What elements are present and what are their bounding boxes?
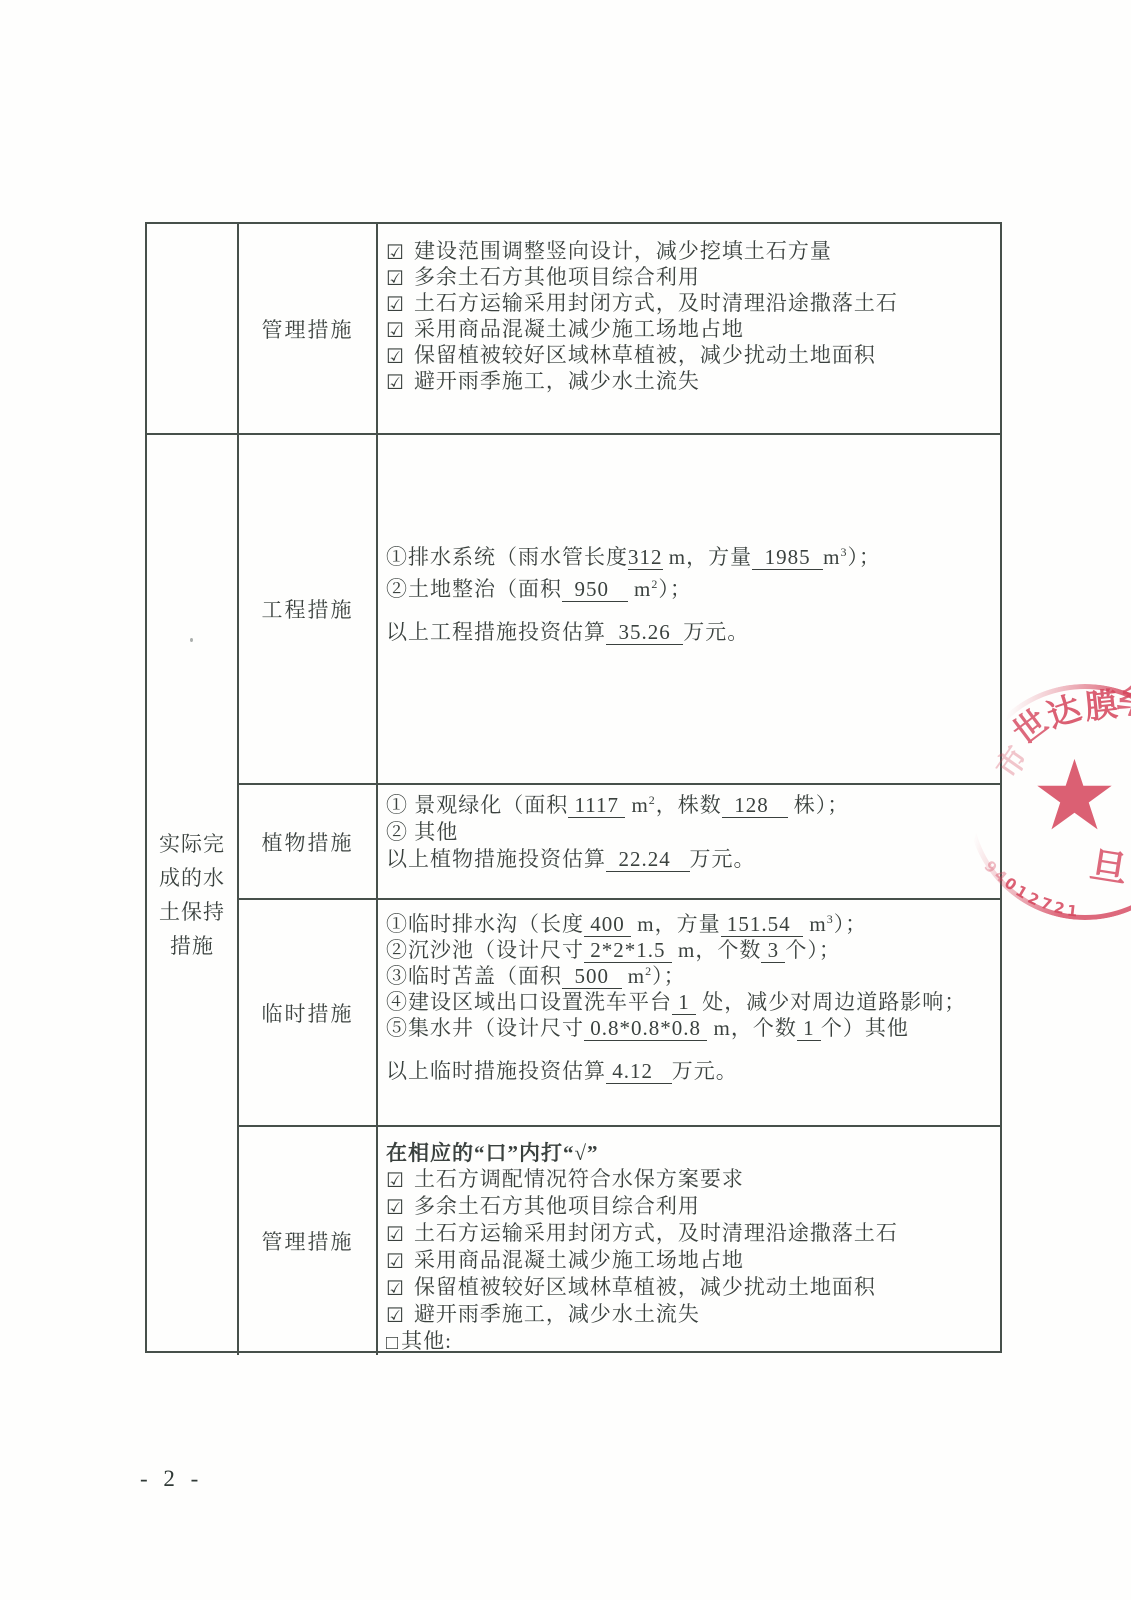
seal-digit: 1 bbox=[1013, 883, 1030, 901]
management-measures-label-bottom: 管理措施 bbox=[239, 1127, 378, 1355]
measure-text: ①排水系统（雨水管长度 bbox=[386, 545, 628, 569]
seal-arc-character: 膜 bbox=[1083, 689, 1119, 725]
measure-text: m bbox=[628, 577, 652, 601]
seal-glyph: 旦 bbox=[1087, 847, 1129, 889]
measure-line: ②土地整治（面积 950 m2）； bbox=[386, 573, 994, 605]
filled-blank-value: 500 bbox=[562, 964, 622, 989]
checklist-item-text: 建设范围调整竖向设计，减少挖填土石方量 bbox=[414, 239, 832, 263]
filled-blank-value: 35.26 bbox=[606, 620, 683, 645]
checklist-item: ☑避开雨季施工，减少水土流失 bbox=[386, 369, 994, 395]
plant-measures-content: ① 景观绿化（面积 1117 m2，株数 128 株）；② 其他以上植物措施投资… bbox=[378, 785, 1000, 900]
checked-checkbox-icon: ☑ bbox=[386, 1195, 405, 1221]
measure-line: ⑤集水井（设计尺寸 0.8*0.8*0.8 m，个数 1 个）其他 bbox=[386, 1015, 994, 1041]
page-number: - 2 - bbox=[140, 1466, 203, 1492]
measure-line: ④建设区域出口设置洗车平台 1 处，减少对周边道路影响； bbox=[386, 989, 994, 1015]
checklist-item-text: 土石方运输采用封闭方式，及时清理沿途撒落土石 bbox=[414, 291, 898, 315]
filled-blank-value: 1 bbox=[797, 1016, 821, 1041]
checklist-item: ☑土石方运输采用封闭方式，及时清理沿途撒落土石 bbox=[386, 291, 994, 317]
measure-text: m bbox=[625, 793, 649, 817]
filled-blank-value: 3 bbox=[761, 938, 785, 963]
checklist-item: ☑保留植被较好区域林草植被，减少扰动土地面积 bbox=[386, 1274, 994, 1301]
checked-checkbox-icon: ☑ bbox=[386, 1303, 405, 1329]
measure-text: m bbox=[823, 545, 840, 569]
measure-text: ②沉沙池（设计尺寸 bbox=[386, 938, 584, 962]
measure-line: ① 景观绿化（面积 1117 m2，株数 128 株）； bbox=[386, 792, 994, 819]
filled-blank-value: 1985 bbox=[752, 545, 823, 570]
measure-text: 万元。 bbox=[690, 847, 756, 871]
blank-line bbox=[386, 1041, 994, 1058]
checklist-item-text: 其他: bbox=[401, 1329, 452, 1353]
seal-star-icon: ★ bbox=[1031, 747, 1118, 844]
checked-checkbox-icon: ☑ bbox=[386, 1222, 405, 1248]
engineering-measures-label: 工程措施 bbox=[239, 435, 378, 785]
checkbox-instruction: 在相应的“口”内打“√” bbox=[386, 1140, 994, 1166]
checklist-item: ☑建设范围调整竖向设计，减少挖填土石方量 bbox=[386, 239, 994, 265]
checklist-item-text: 多余土石方其他项目综合利用 bbox=[414, 265, 700, 289]
management-measures-label-top: 管理措施 bbox=[239, 224, 378, 435]
checklist-item-text: 保留植被较好区域林草植被，减少扰动土地面积 bbox=[414, 1275, 876, 1299]
engineering-measures-content: ①排水系统（雨水管长度312 m，方量 1985 m3）；②土地整治（面积 95… bbox=[378, 435, 1000, 785]
measure-text: 以上植物措施投资估算 bbox=[386, 847, 606, 871]
unchecked-checkbox-icon: □ bbox=[386, 1330, 399, 1356]
measure-line: 以上植物措施投资估算 22.24 万元。 bbox=[386, 846, 994, 873]
section-row-header-text: 实际完成的水土保持措施 bbox=[158, 827, 226, 963]
checked-checkbox-icon: ☑ bbox=[386, 1249, 405, 1275]
checklist-item: ☑采用商品混凝土减少施工场地占地 bbox=[386, 1247, 994, 1274]
measure-line: ①临时排水沟（长度 400 m，方量 151.54 m3）； bbox=[386, 911, 994, 937]
seal-arc-character: 达 bbox=[1044, 693, 1086, 735]
checklist-item: ☑土石方调配情况符合水保方案要求 bbox=[386, 1166, 994, 1193]
management-checklist-bottom: ☑土石方调配情况符合水保方案要求☑多余土石方其他项目综合利用☑土石方运输采用封闭… bbox=[386, 1166, 994, 1355]
measure-text: ②土地整治（面积 bbox=[386, 577, 562, 601]
measure-line: 以上工程措施投资估算 35.26 万元。 bbox=[386, 616, 994, 648]
measure-text: 个）； bbox=[785, 938, 841, 962]
checked-checkbox-icon: ☑ bbox=[386, 319, 405, 344]
measure-text: ①临时排水沟（长度 bbox=[386, 912, 584, 936]
measure-text: 处，减少对周边道路影响； bbox=[696, 990, 966, 1014]
measure-text: ）； bbox=[652, 964, 686, 988]
measure-text: 个）其他 bbox=[821, 1016, 909, 1040]
seal-arc-character: 世 bbox=[1008, 705, 1054, 751]
measure-text: m，个数 bbox=[707, 1016, 797, 1040]
soil-conservation-measures-table: 管理措施 ☑建设范围调整竖向设计，减少挖填土石方量☑多余土石方其他项目综合利用☑… bbox=[145, 222, 1002, 1353]
measure-text: 以上临时措施投资估算 bbox=[386, 1059, 606, 1083]
measure-text: m bbox=[622, 964, 646, 988]
management-measures-content: 在相应的“口”内打“√” ☑土石方调配情况符合水保方案要求☑多余土石方其他项目综… bbox=[378, 1127, 1000, 1355]
temporary-measures-content: ①临时排水沟（长度 400 m，方量 151.54 m3）；②沉沙池（设计尺寸 … bbox=[378, 900, 1000, 1127]
scan-speck bbox=[190, 638, 193, 642]
filled-blank-value: 0.8*0.8*0.8 bbox=[584, 1016, 707, 1041]
management-checklist-top: ☑建设范围调整竖向设计，减少挖填土石方量☑多余土石方其他项目综合利用☑土石方运输… bbox=[378, 224, 1000, 435]
measure-text: 株）； bbox=[788, 793, 850, 817]
seal-digit: 2 bbox=[1025, 891, 1041, 909]
measure-text: ③临时苫盖（面积 bbox=[386, 964, 562, 988]
checklist-item: □其他: bbox=[386, 1328, 994, 1355]
measure-line: ②沉沙池（设计尺寸 2*2*1.5 m，个数 3 个）； bbox=[386, 937, 994, 963]
measure-text: ① 景观绿化（面积 bbox=[386, 793, 568, 817]
filled-blank-value: 312 bbox=[628, 545, 663, 570]
empty-cell bbox=[147, 224, 239, 435]
measure-text: 以上工程措施投资估算 bbox=[386, 620, 606, 644]
checklist-item-text: 采用商品混凝土减少施工场地占地 bbox=[414, 317, 744, 341]
measure-text: ）； bbox=[834, 912, 868, 936]
seal-digit: 2 bbox=[1053, 900, 1066, 917]
filled-blank-value: 400 bbox=[584, 912, 631, 937]
checked-checkbox-icon: ☑ bbox=[386, 267, 405, 292]
filled-blank-value: 1117 bbox=[568, 793, 625, 818]
checked-checkbox-icon: ☑ bbox=[386, 293, 405, 318]
blank-line bbox=[386, 605, 994, 616]
checklist-item-text: 土石方调配情况符合水保方案要求 bbox=[414, 1167, 744, 1191]
checked-checkbox-icon: ☑ bbox=[386, 241, 405, 266]
measure-text: 万元。 bbox=[683, 620, 749, 644]
plant-measures-label: 植物措施 bbox=[239, 785, 378, 900]
scanned-document-page: 管理措施 ☑建设范围调整竖向设计，减少挖填土石方量☑多余土石方其他项目综合利用☑… bbox=[0, 0, 1131, 1600]
filled-blank-value: 22.24 bbox=[606, 847, 690, 872]
checklist-item: ☑土石方运输采用封闭方式，及时清理沿途撒落土石 bbox=[386, 1220, 994, 1247]
seal-arc-character: 结 bbox=[1113, 683, 1131, 726]
filled-blank-value: 2*2*1.5 bbox=[584, 938, 672, 963]
measure-text: ，株数 bbox=[656, 793, 722, 817]
filled-blank-value: 950 bbox=[562, 577, 628, 602]
filled-blank-value: 151.54 bbox=[721, 912, 804, 937]
measure-text: m bbox=[803, 912, 827, 936]
filled-blank-value: 1 bbox=[672, 990, 696, 1015]
checklist-item: ☑避开雨季施工，减少水土流失 bbox=[386, 1301, 994, 1328]
checklist-item: ☑采用商品混凝土减少施工场地占地 bbox=[386, 317, 994, 343]
measure-text: m，方量 bbox=[631, 912, 721, 936]
checklist-item-text: 土石方运输采用封闭方式，及时清理沿途撒落土石 bbox=[414, 1221, 898, 1245]
measure-text: ④建设区域出口设置洗车平台 bbox=[386, 990, 672, 1014]
seal-digit: 1 bbox=[1066, 903, 1078, 919]
checked-checkbox-icon: ☑ bbox=[386, 1276, 405, 1302]
checklist-item-text: 多余土石方其他项目综合利用 bbox=[414, 1194, 700, 1218]
measure-line: ③临时苫盖（面积 500 m2）； bbox=[386, 963, 994, 989]
checked-checkbox-icon: ☑ bbox=[386, 1168, 405, 1194]
measure-text: ）； bbox=[658, 577, 692, 601]
temporary-measures-label: 临时措施 bbox=[239, 900, 378, 1127]
checklist-item: ☑多余土石方其他项目综合利用 bbox=[386, 265, 994, 291]
measure-line: 以上临时措施投资估算 4.12 万元。 bbox=[386, 1058, 994, 1084]
checklist-item-text: 采用商品混凝土减少施工场地占地 bbox=[414, 1248, 744, 1272]
measure-line: ①排水系统（雨水管长度312 m，方量 1985 m3）； bbox=[386, 541, 994, 573]
measure-line: ② 其他 bbox=[386, 819, 994, 846]
unit-superscript: 2 bbox=[649, 793, 656, 807]
filled-blank-value: 128 bbox=[722, 793, 788, 818]
measure-text: m，个数 bbox=[672, 938, 762, 962]
filled-blank-value: 4.12 bbox=[606, 1059, 672, 1084]
checklist-item: ☑保留植被较好区域林草植被，减少扰动土地面积 bbox=[386, 343, 994, 369]
checklist-item: ☑多余土石方其他项目综合利用 bbox=[386, 1193, 994, 1220]
checklist-item-text: 避开雨季施工，减少水土流失 bbox=[414, 1302, 700, 1326]
checked-checkbox-icon: ☑ bbox=[386, 371, 405, 396]
section-row-header: 实际完成的水土保持措施 bbox=[147, 435, 239, 1355]
measure-text: ）； bbox=[847, 545, 881, 569]
measure-text: 万元。 bbox=[672, 1059, 738, 1083]
measure-text: m，方量 bbox=[663, 545, 753, 569]
checklist-item-text: 保留植被较好区域林草植被，减少扰动土地面积 bbox=[414, 343, 876, 367]
seal-digit: 7 bbox=[1039, 896, 1054, 913]
checklist-item-text: 避开雨季施工，减少水土流失 bbox=[414, 369, 700, 393]
seal-digit: 0 bbox=[1002, 875, 1019, 893]
measure-text: ⑤集水井（设计尺寸 bbox=[386, 1016, 584, 1040]
unit-superscript: 3 bbox=[827, 912, 834, 926]
measure-text: ② 其他 bbox=[386, 820, 458, 844]
checked-checkbox-icon: ☑ bbox=[386, 345, 405, 370]
